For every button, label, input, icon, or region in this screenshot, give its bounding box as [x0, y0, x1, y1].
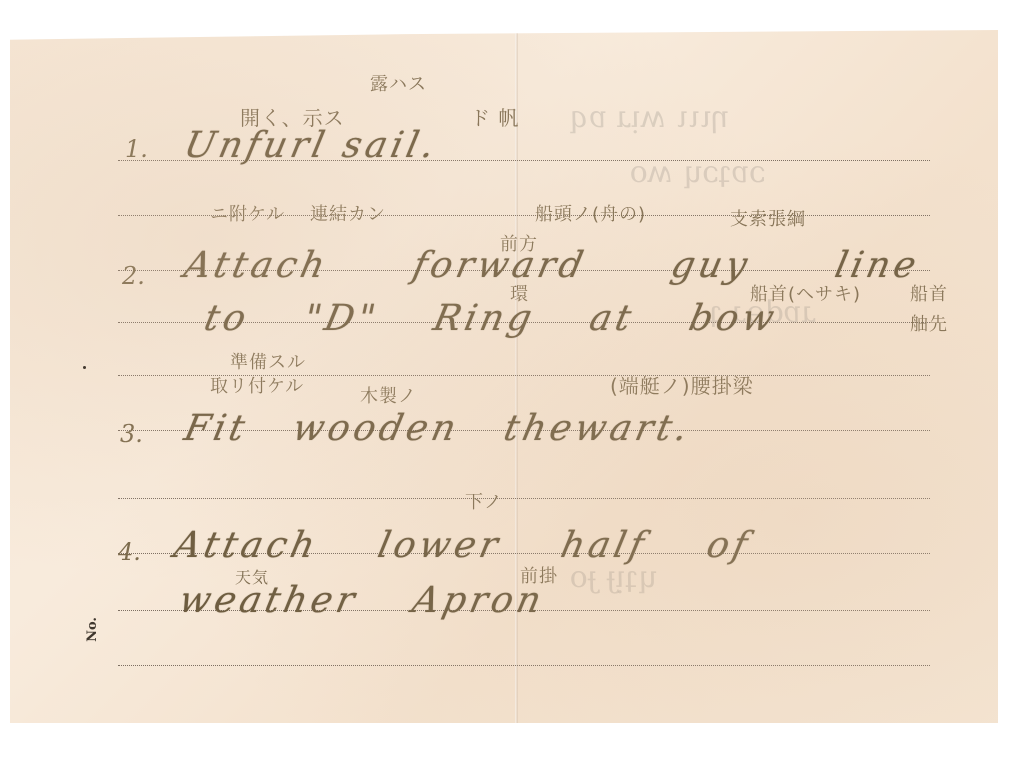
annotation-japanese: 天気 — [235, 565, 269, 588]
instruction-number: 1. — [125, 135, 148, 163]
form-number-label: No. — [85, 617, 100, 642]
annotation-japanese: 支索張綱 — [730, 205, 806, 231]
ruled-line — [118, 430, 930, 431]
annotation-japanese: 前方 — [500, 230, 538, 256]
ruled-line — [118, 375, 930, 376]
annotation-japanese: (端艇ノ)腰掛梁 — [610, 370, 754, 399]
instruction-text: Attach forward guy line — [181, 245, 924, 286]
ruled-line — [118, 553, 930, 554]
instruction-text: weather Apron — [176, 580, 549, 621]
annotation-japanese: 前掛 — [520, 562, 558, 588]
annotation-japanese: 露ハス — [370, 70, 427, 96]
bleed-through-text: ɥʇᴉɟ ɟo — [567, 560, 661, 595]
instruction-text: Fit wooden thewart. — [181, 408, 696, 449]
instruction-text: Unfurl sail. — [181, 125, 442, 166]
annotation-japanese: 船首(ヘサキ) — [750, 280, 861, 306]
annotation-japanese: 舳先 — [910, 310, 948, 336]
annotation-japanese: 木製ノ — [360, 382, 417, 408]
annotation-japanese: 船首 — [910, 280, 948, 306]
annotation-japanese: 開く、示ス — [240, 102, 345, 131]
bleed-through-text: ɔɐʇɔɥ ʍo — [627, 155, 769, 190]
ruled-line — [118, 665, 930, 666]
ruled-line — [118, 610, 930, 611]
instruction-number: 4. — [118, 538, 141, 566]
document-paper: ηιιι ʍᴉɹ ɐq ɔɐʇɔɥ ʍo ɹɐdǝɹ ʇ ɥʇᴉɟ ɟo 露ハス… — [10, 30, 998, 723]
ruled-line — [118, 498, 930, 499]
annotation-japanese: 船頭ノ(舟の) — [535, 200, 646, 226]
bleed-through-text: ηιιι ʍᴉɹ ɐq — [567, 100, 733, 135]
ruled-line — [118, 270, 930, 271]
instruction-text: Attach lower half of — [171, 525, 755, 566]
annotation-japanese: 準備スル — [230, 348, 306, 374]
bleed-through-text: ɹɐdǝɹ ʇ — [707, 295, 820, 330]
annotation-japanese: 環 — [510, 280, 529, 306]
annotation-japanese: ニ附ケル — [210, 200, 285, 226]
ruled-line — [118, 160, 930, 161]
annotation-japanese: 下ノ — [465, 488, 503, 514]
annotation-japanese: 取リ付ケル — [210, 372, 304, 398]
ruled-line — [118, 322, 930, 323]
instruction-number: 3. — [120, 420, 143, 448]
ink-speck — [83, 366, 86, 369]
instruction-text: to "D" Ring at bow — [201, 298, 782, 339]
paper-fold — [515, 30, 518, 723]
ruled-line — [118, 215, 930, 216]
annotation-japanese: 連結カン — [310, 200, 386, 226]
annotation-japanese: ド 帆 — [470, 102, 519, 131]
instruction-number: 2. — [122, 262, 145, 290]
